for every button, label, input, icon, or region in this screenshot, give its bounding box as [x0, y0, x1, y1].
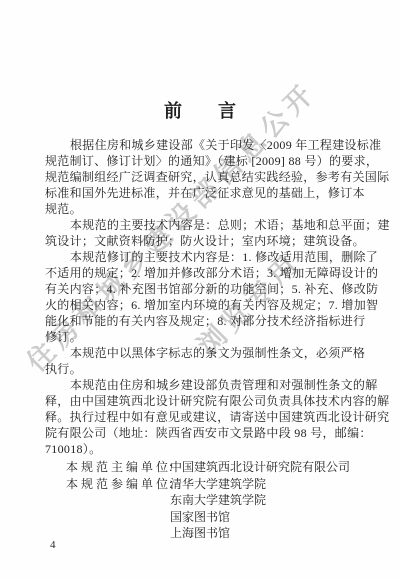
preface-line: 能化和节能的有关内容及规定；8. 对部分技术经济指标进行	[45, 313, 361, 329]
credit-label: 本 规 范 主 编 单 位：	[66, 459, 170, 476]
preface-line: 规范制订、修订计划〉的通知》（建标 [2009] 88 号）的要求，	[45, 153, 361, 169]
preface-line: 规范。	[45, 201, 361, 217]
preface-line: 本规范中以黑体字标志的条文为强制性条文，必须严格	[45, 345, 361, 361]
preface-line: 释，由中国建筑西北设计研究院有限公司负责具体技术内容的解	[45, 393, 361, 409]
preface-line: 执行。	[45, 361, 361, 377]
credit-value: 上海图书馆	[170, 525, 230, 542]
preface-line: 有关内容；4. 补充图书馆部分新的功能空间；5. 补充、修改防	[45, 281, 361, 297]
credits: 本 规 范 主 编 单 位：中国建筑西北设计研究院有限公司本 规 范 参 编 单…	[66, 459, 350, 542]
credit-row: 国家图书馆	[66, 509, 350, 526]
credit-value: 东南大学建筑学院	[170, 492, 266, 509]
preface-line: 根据住房和城乡建设部《关于印发〈2009 年工程建设标准	[45, 137, 361, 153]
document-page: 住房和城乡建设部信息公开 浏览专用 前 言 根据住房和城乡建设部《关于印发〈20…	[0, 0, 400, 579]
page-title: 前 言	[0, 97, 400, 123]
credit-value: 中国建筑西北设计研究院有限公司	[170, 459, 350, 476]
page-content: 前 言 根据住房和城乡建设部《关于印发〈2009 年工程建设标准规范制订、修订计…	[0, 0, 400, 579]
credit-row: 东南大学建筑学院	[66, 492, 350, 509]
preface-line: 筑设计；文献资料防护；防火设计；室内环境；建筑设备。	[45, 233, 361, 249]
preface-line: 释。执行过程中如有意见或建议，请寄送中国建筑西北设计研究	[45, 409, 361, 425]
preface-body: 根据住房和城乡建设部《关于印发〈2009 年工程建设标准规范制订、修订计划〉的通…	[45, 137, 361, 457]
preface-line: 710018）。	[45, 441, 361, 457]
credit-label	[66, 492, 170, 509]
preface-line: 修订。	[45, 329, 361, 345]
preface-line: 院有限公司（地址：陕西省西安市文景路中段 98 号，邮编：	[45, 425, 361, 441]
page-number: 4	[50, 539, 56, 551]
credit-value: 清华大学建筑学院	[170, 476, 266, 493]
preface-line: 标准和国外先进标准，并在广泛征求意见的基础上，修订本	[45, 185, 361, 201]
credit-label	[66, 525, 170, 542]
preface-line: 规范编制组经广泛调查研究，认真总结实践经验，参考有关国际	[45, 169, 361, 185]
preface-line: 本规范由住房和城乡建设部负责管理和对强制性条文的解	[45, 377, 361, 393]
credit-row: 本 规 范 主 编 单 位：中国建筑西北设计研究院有限公司	[66, 459, 350, 476]
preface-line: 不适用的规定；2. 增加并修改部分术语；3. 增加无障碍设计的	[45, 265, 361, 281]
preface-line: 本规范的主要技术内容是：总则；术语；基地和总平面；建	[45, 217, 361, 233]
preface-line: 火的相关内容；6. 增加室内环境的有关内容及规定；7. 增加智	[45, 297, 361, 313]
credit-row: 本 规 范 参 编 单 位：清华大学建筑学院	[66, 476, 350, 493]
preface-line: 本规范修订的主要技术内容是：1. 修改适用范围，删除了	[45, 249, 361, 265]
credit-label: 本 规 范 参 编 单 位：	[66, 476, 170, 493]
credit-row: 上海图书馆	[66, 525, 350, 542]
credit-label	[66, 509, 170, 526]
credit-value: 国家图书馆	[170, 509, 230, 526]
